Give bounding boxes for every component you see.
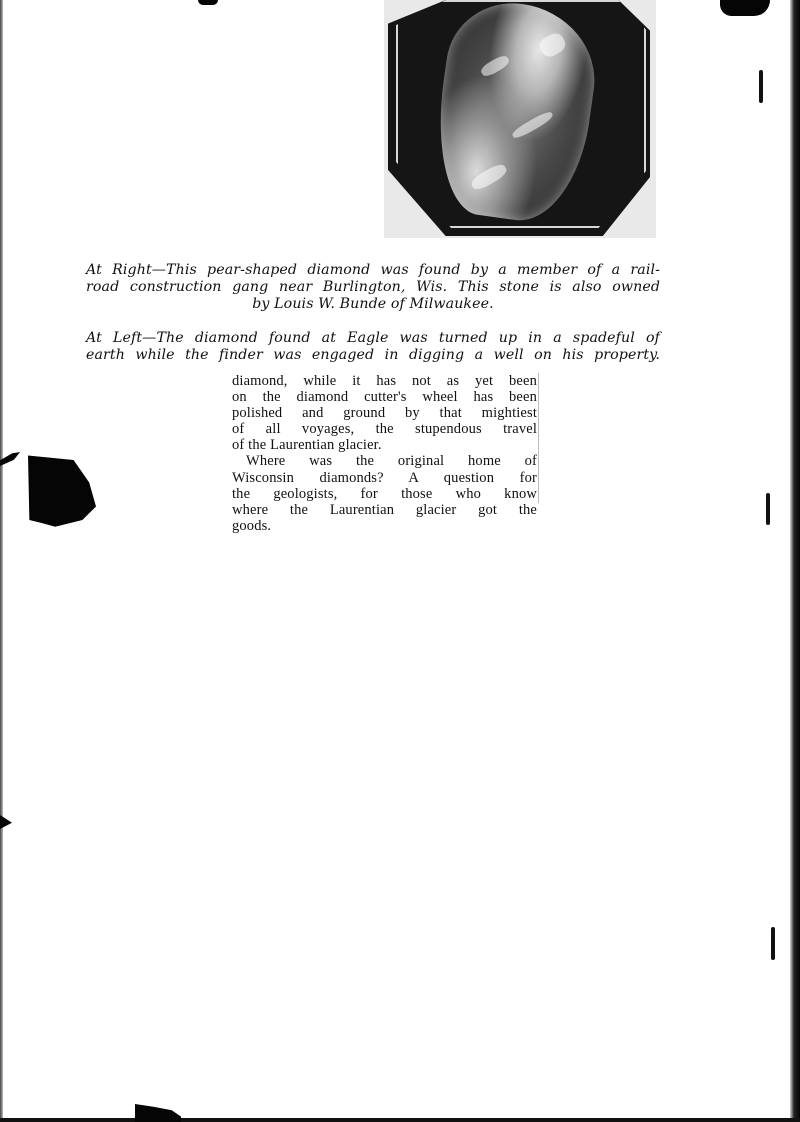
binding-mark (766, 493, 770, 525)
body-line: of the Laurentian glacier. (232, 437, 537, 453)
body-line: Wisconsin diamonds? A question for (232, 470, 537, 486)
caption-line: At Right—This pear-shaped diamond was fo… (86, 262, 660, 279)
body-line: Where was the original home of (232, 453, 537, 469)
caption-line: earth while the finder was engaged in di… (86, 347, 660, 364)
caption-line: At Left—The diamond found at Eagle was t… (86, 330, 660, 347)
ink-blot (720, 0, 770, 16)
body-line: goods. (232, 518, 537, 534)
ink-blot (198, 0, 218, 5)
caption-at-right: At Right—This pear-shaped diamond was fo… (86, 262, 660, 313)
caption-at-left: At Left—The diamond found at Eagle was t… (86, 330, 660, 364)
document-page: At Right—This pear-shaped diamond was fo… (0, 0, 800, 1122)
body-text-column: diamond, while it has not as yet been on… (232, 373, 537, 534)
scan-right-edge (790, 0, 800, 1122)
scan-left-edge (0, 0, 3, 1122)
ink-blot (0, 452, 20, 466)
binding-mark (771, 927, 775, 960)
ink-blot (135, 1104, 181, 1122)
body-line: diamond, while it has not as yet been (232, 373, 537, 389)
body-line: polished and ground by that mightiest (232, 405, 537, 421)
body-line: where the Laurentian glacier got the (232, 502, 537, 518)
caption-line: by Louis W. Bunde of Milwaukee. (86, 296, 660, 313)
scan-bottom-edge (0, 1118, 800, 1122)
ink-blot (0, 815, 12, 829)
body-line: the geologists, for those who know (232, 486, 537, 502)
body-line: of all voyages, the stupendous travel (232, 421, 537, 437)
column-rule (538, 373, 539, 503)
ink-blot (28, 454, 96, 529)
binding-mark (759, 70, 763, 103)
caption-line: road construction gang near Burlington, … (86, 279, 660, 296)
body-line: on the diamond cutter's wheel has been (232, 389, 537, 405)
